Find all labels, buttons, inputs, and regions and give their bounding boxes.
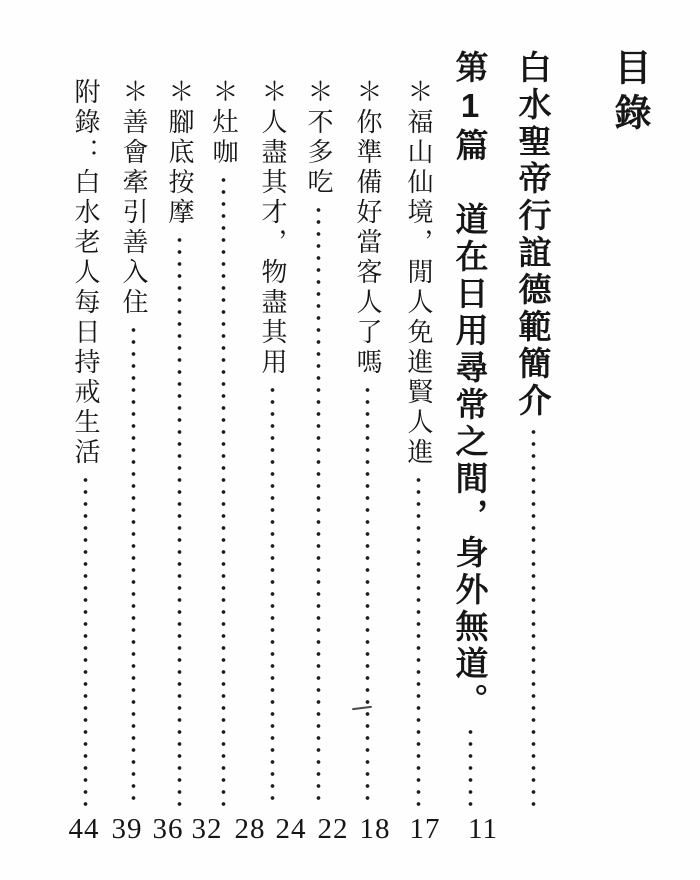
entry-text: 福山仙境，閒人免進賢人進 — [404, 108, 433, 468]
toc-entry: ＊福山仙境，閒人免進賢人進 — [394, 78, 442, 808]
page-title: 目錄 — [599, 48, 647, 138]
dot-leader — [531, 429, 536, 808]
scanned-toc-page: 目錄 白水聖帝行誼德範簡介 第1篇 道在日用尋常之間，身外無道。 ＊福山仙境，閒… — [0, 0, 700, 880]
asterisk-bullet: ＊ — [209, 78, 238, 108]
toc-entry-title: 第1篇 道在日用尋常之間，身外無道。 — [454, 50, 487, 720]
entry-text: 第1篇 道在日用尋常之間，身外無道。 — [452, 50, 489, 720]
toc-entry: 白水聖帝行誼德範簡介 — [509, 50, 557, 808]
dot-leader — [83, 477, 88, 808]
asterisk-bullet: ＊ — [258, 78, 287, 108]
page-number: 18 — [360, 813, 391, 846]
entry-text: 不多吃 — [304, 108, 333, 198]
page-number: 17 — [410, 813, 441, 846]
toc-entry-title: ＊人盡其才，物盡其用 — [259, 78, 285, 378]
page-number: 36 — [153, 813, 184, 846]
page-number: 32 — [192, 813, 223, 846]
toc-entry-title: 白水聖帝行誼德範簡介 — [517, 50, 550, 420]
page-number: 28 — [235, 813, 266, 846]
toc-entry-title: ＊善會牽引善入住 — [120, 78, 146, 318]
asterisk-bullet: ＊ — [119, 78, 148, 108]
dot-leader — [316, 207, 321, 808]
page-number: 44 — [69, 813, 100, 846]
page-number: 24 — [276, 813, 307, 846]
dot-leader — [177, 237, 182, 808]
entry-text: 腳底按摩 — [165, 108, 194, 228]
dot-leader — [221, 177, 226, 808]
toc-entry-title: ＊灶咖 — [210, 78, 236, 168]
asterisk-bullet: ＊ — [404, 78, 433, 108]
toc-entry: 第1篇 道在日用尋常之間，身外無道。 — [446, 50, 494, 808]
toc-entry-title: 附錄：白水老人每日持戒生活 — [72, 78, 98, 468]
toc-entry-title: ＊不多吃 — [305, 78, 331, 198]
entry-text: 附錄：白水老人每日持戒生活 — [71, 78, 100, 468]
entry-text: 白水聖帝行誼德範簡介 — [515, 50, 552, 420]
dot-leader — [270, 387, 275, 808]
dot-leader — [468, 729, 473, 808]
entry-text: 你準備好當客人了嗎 — [353, 108, 382, 378]
dot-leader — [365, 387, 370, 808]
toc-entry: ＊腳底按摩 — [155, 78, 203, 808]
asterisk-bullet: ＊ — [165, 78, 194, 108]
toc-entry: ＊灶咖 — [199, 78, 247, 808]
entry-text: 善會牽引善入住 — [119, 108, 148, 318]
page-number: 39 — [112, 813, 143, 846]
toc-entry: 附錄：白水老人每日持戒生活 — [61, 78, 109, 808]
toc-entry: ＊你準備好當客人了嗎 — [343, 78, 391, 808]
asterisk-bullet: ＊ — [304, 78, 333, 108]
page-number: 11 — [468, 813, 498, 846]
toc-entry: ＊人盡其才，物盡其用 — [248, 78, 296, 808]
dot-leader — [416, 477, 421, 808]
entry-text: 灶咖 — [209, 108, 238, 168]
toc-entry: ＊善會牽引善入住 — [109, 78, 157, 808]
toc-entry: ＊不多吃 — [294, 78, 342, 808]
entry-text: 人盡其才，物盡其用 — [258, 108, 287, 378]
dot-leader — [131, 327, 136, 808]
toc-entry-title: ＊腳底按摩 — [166, 78, 192, 228]
page-number: 22 — [318, 813, 349, 846]
toc-entry-title: ＊你準備好當客人了嗎 — [354, 78, 380, 378]
toc-entry-title: ＊福山仙境，閒人免進賢人進 — [405, 78, 431, 468]
asterisk-bullet: ＊ — [353, 78, 382, 108]
